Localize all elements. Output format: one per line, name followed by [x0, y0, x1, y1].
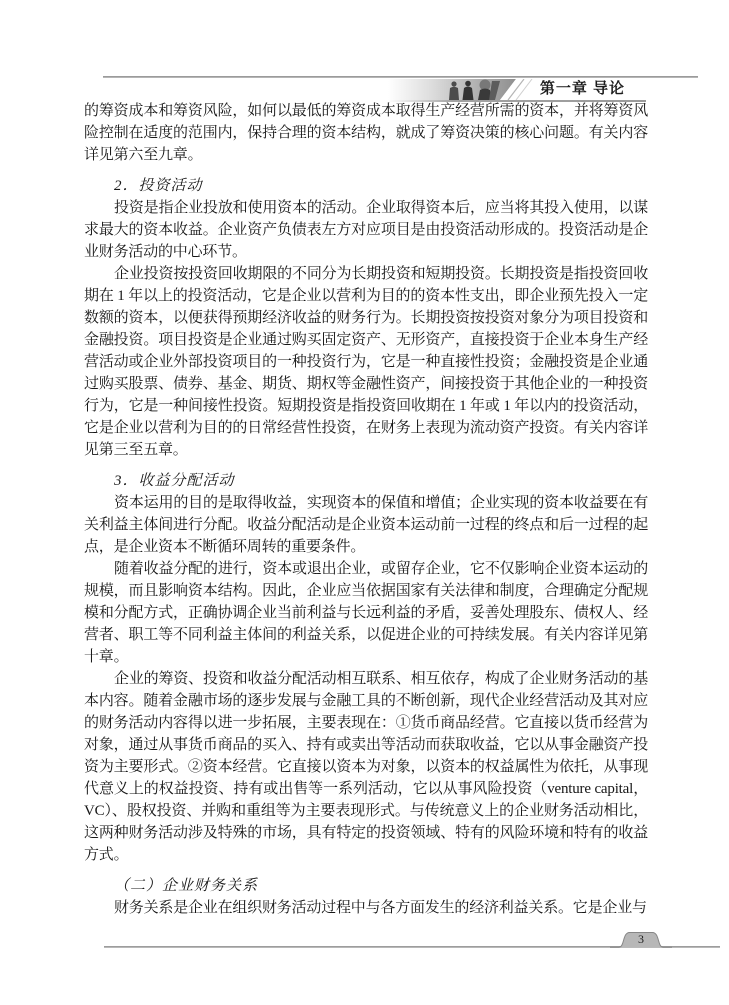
chapter-title: 第一章 导论 [540, 79, 625, 99]
paragraph: 资本运用的目的是取得收益，实现资本的保值和增值；企业实现的资本收益要在有关利益主… [84, 492, 648, 558]
header-top-rule [103, 76, 698, 78]
paragraph: 随着收益分配的进行，资本或退出企业，或留存企业，它不仅影响企业资本运动的规模，而… [84, 558, 648, 668]
paragraph: 企业投资按投资回收期限的不同分为长期投资和短期投资。长期投资是指投资回收期在 1… [84, 263, 648, 461]
paragraph: 投资是指企业投放和使用资本的活动。企业取得资本后，应当将其投入使用，以谋求最大的… [84, 197, 648, 263]
paragraph: 财务关系是企业在组织财务活动过程中与各方面发生的经济利益关系。它是企业与 [84, 897, 648, 919]
section-heading: （二）企业财务关系 [84, 875, 648, 897]
paragraph: 的筹资成本和筹资风险，如何以最低的筹资成本取得生产经营所需的资本，并将筹资风险控… [84, 100, 648, 166]
people-silhouette-graphic [388, 79, 538, 100]
page-body: 的筹资成本和筹资风险，如何以最低的筹资成本取得生产经营所需的资本，并将筹资风险控… [84, 100, 648, 919]
book-page: 第一章 导论 的筹资成本和筹资风险，如何以最低的筹资成本取得生产经营所需的资本，… [0, 0, 729, 1005]
page-number: 3 [609, 932, 673, 947]
paragraph: 企业的筹资、投资和收益分配活动相互联系、相互依存，构成了企业财务活动的基本内容。… [84, 668, 648, 866]
page-number-badge: 3 [609, 930, 673, 948]
section-heading: 2．投资活动 [84, 175, 648, 197]
header-photo-banner [388, 79, 538, 100]
section-heading: 3．收益分配活动 [84, 470, 648, 492]
